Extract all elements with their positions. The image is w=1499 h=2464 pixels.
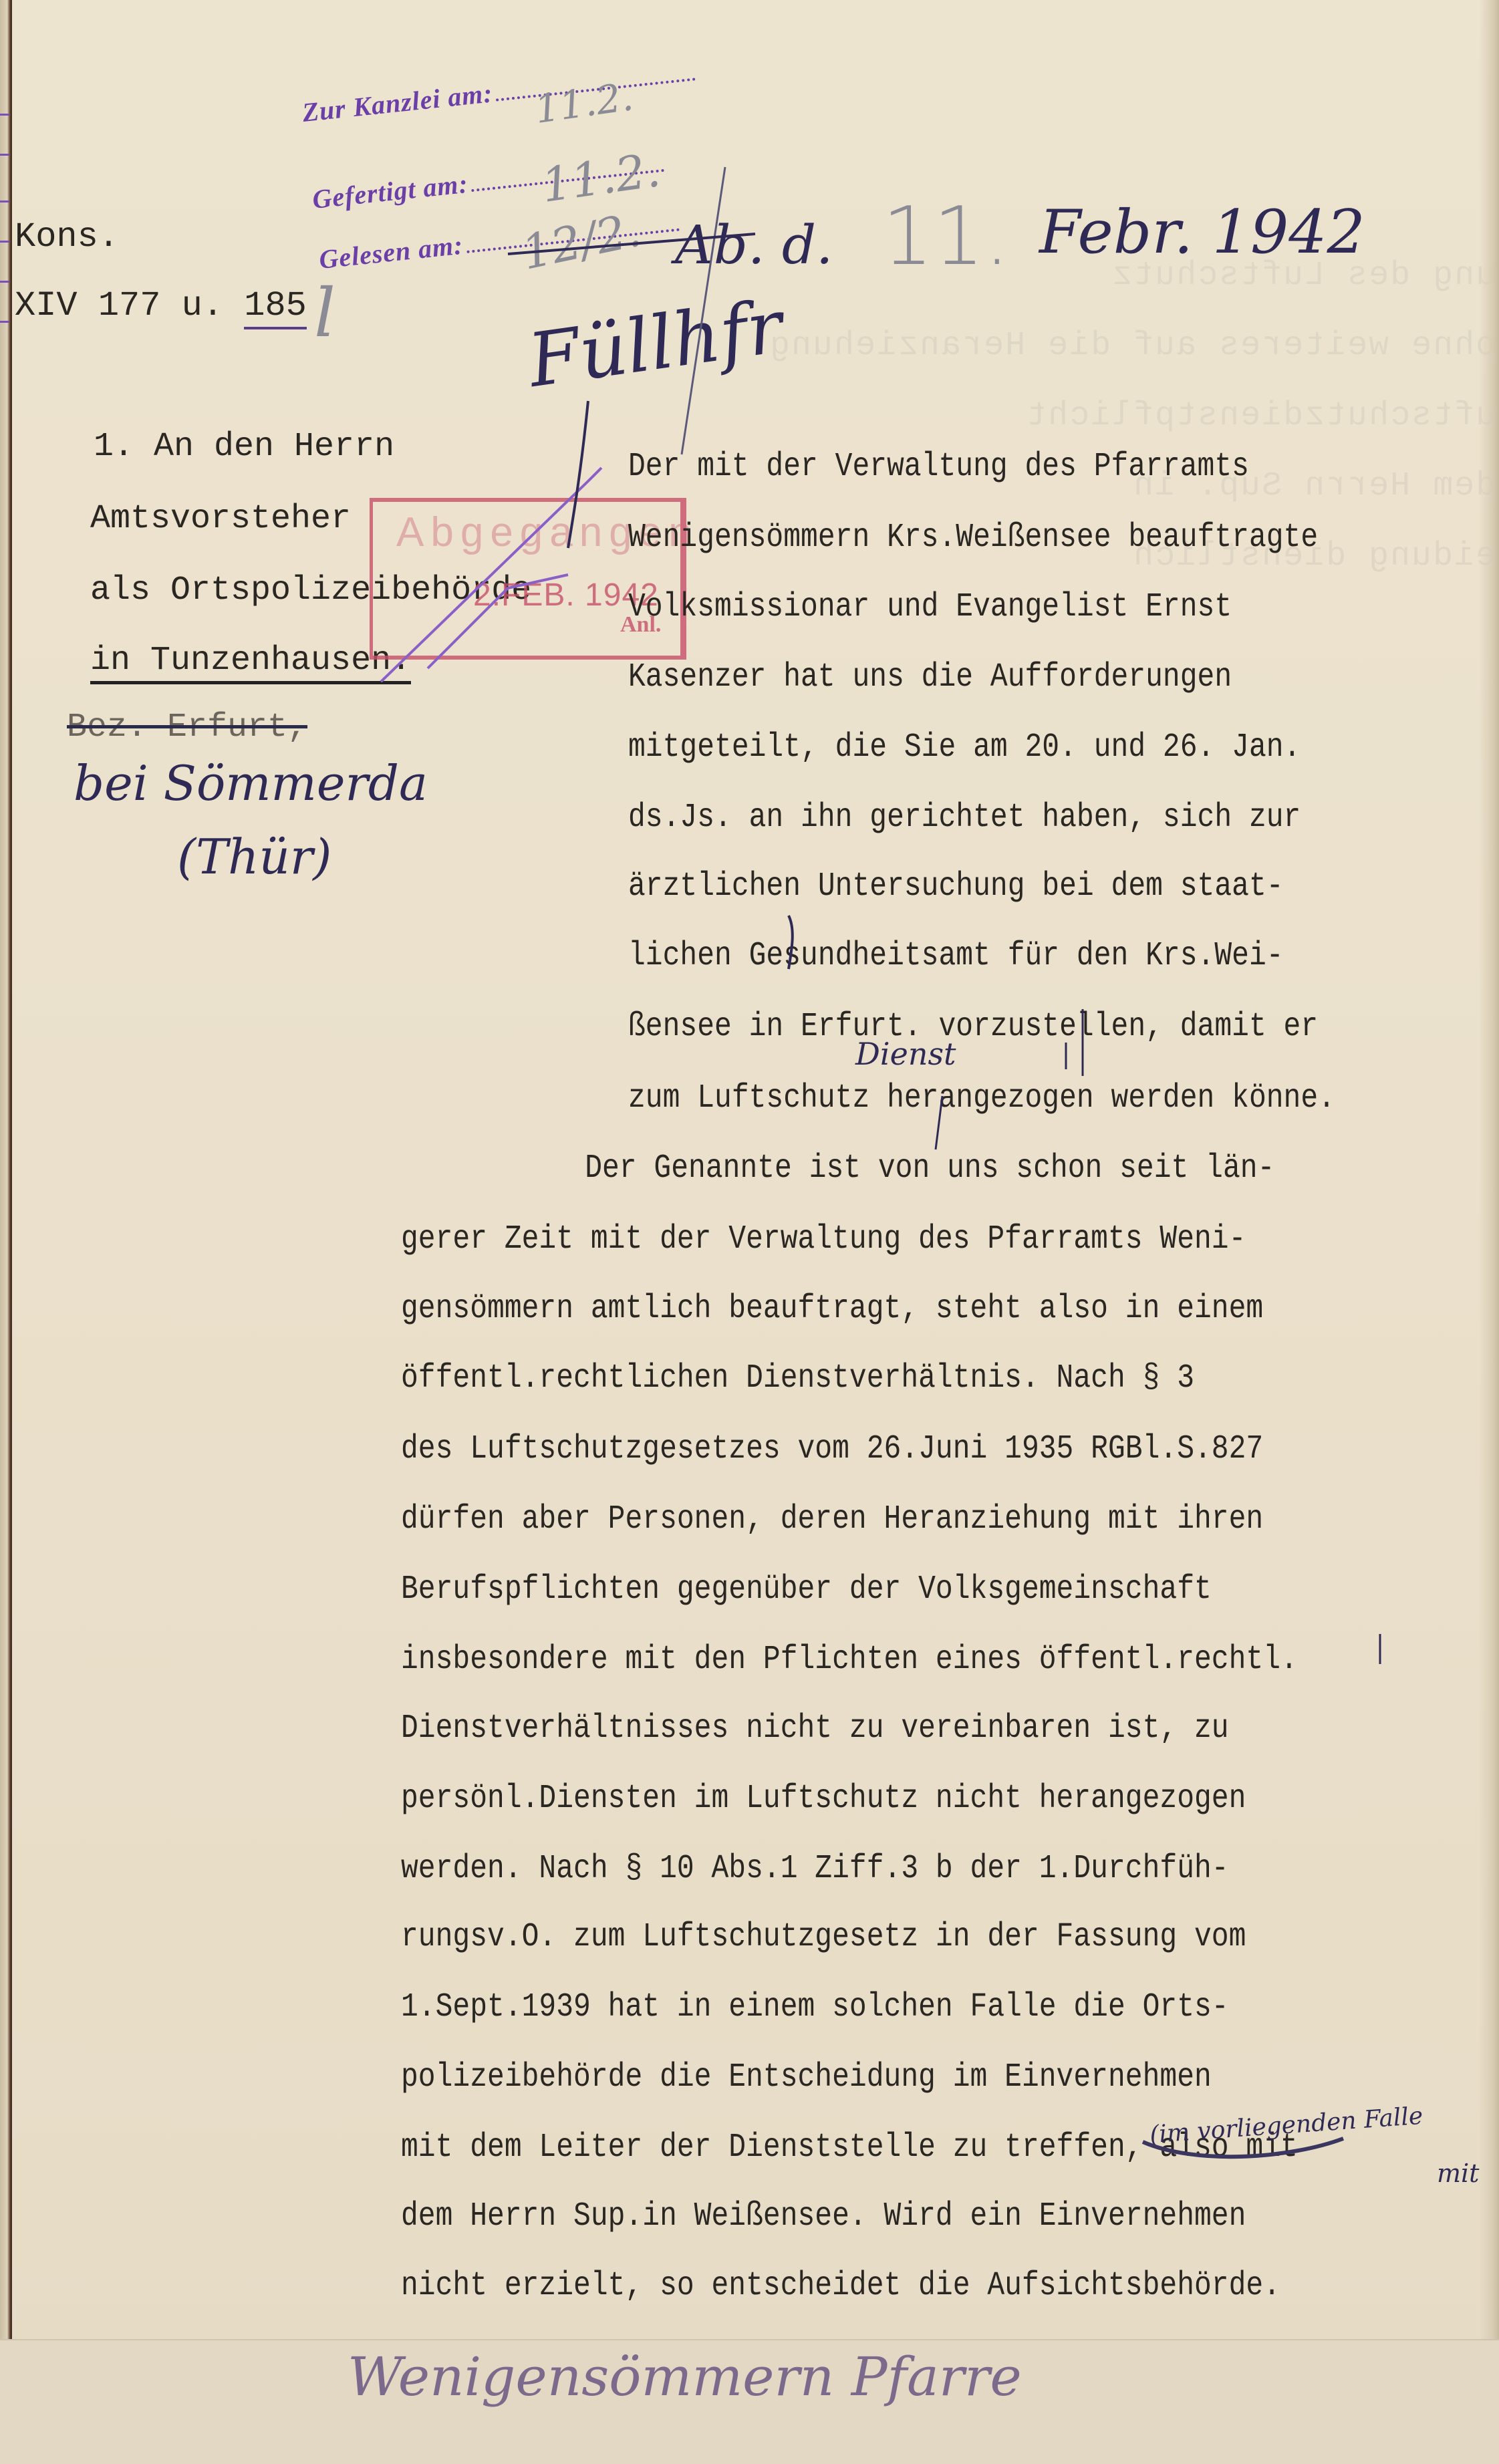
addressee-line-1: 1. An den Herrn bbox=[94, 428, 394, 466]
body-paragraph-2: Der Genannte ist von uns schon seit län-… bbox=[401, 1149, 470, 1873]
binding-edge bbox=[0, 0, 12, 2464]
body-line: des Luftschutzgesetzes vom 26.Juni 1935 … bbox=[401, 1430, 1263, 1468]
handwritten-thueringen: (Thür) bbox=[177, 829, 331, 885]
body-line: Kasenzer hat uns die Aufforderungen bbox=[628, 658, 1232, 696]
dateline-month-year: Febr. 1942 bbox=[1039, 197, 1365, 267]
body-line: rungsv.O. zum Luftschutzgesetz in der Fa… bbox=[401, 1918, 1246, 1956]
dateline-day: 11. bbox=[882, 190, 1010, 283]
document-page: Verfügung des Luftschutz steht ohne weit… bbox=[0, 0, 1499, 2464]
body-line: 1.Sept.1939 hat in einem solchen Falle d… bbox=[401, 1988, 1229, 2026]
body-line: ds.Js. an ihn gerichtet haben, sich zur bbox=[628, 799, 1301, 837]
binding-marks bbox=[0, 80, 11, 361]
dateline-prefix: Ab. d. bbox=[675, 214, 833, 276]
body-line: ßensee in Erfurt. vorzustellen, damit er bbox=[628, 1008, 1318, 1046]
body-line: zum Luftschutz herangezogen werden könne… bbox=[628, 1079, 1335, 1117]
body-line: Dienstverhältnisses nicht zu vereinbaren… bbox=[401, 1709, 1229, 1748]
handwritten-bei-soemmerda: bei Sömmerda bbox=[74, 755, 428, 811]
footer-handwriting: Wenigensömmern Pfarre bbox=[348, 2346, 1022, 2408]
stamp-zur-kanzlei: Zur Kanzlei am: bbox=[301, 56, 696, 128]
handwritten-initials: Füllhfr bbox=[523, 283, 788, 404]
body-line: gerer Zeit mit der Verwaltung des Pfarra… bbox=[401, 1220, 1246, 1258]
body-line: Berufspflichten gegenüber der Volksgemei… bbox=[401, 1570, 1212, 1609]
body-line: mitgeteilt, die Sie am 20. und 26. Jan. bbox=[628, 728, 1301, 767]
reference-number: XIV 177 u. 185 bbox=[15, 286, 307, 325]
pencil-mark: l bbox=[314, 274, 335, 352]
reference-kons: Kons. bbox=[15, 217, 119, 257]
body-line: Der mit der Verwaltung des Pfarramts bbox=[628, 448, 1249, 486]
pencil-gefertigt-date: 11.2. bbox=[538, 142, 664, 213]
body-line: dem Herrn Sup.in Weißensee. Wird ein Ein… bbox=[401, 2197, 1246, 2235]
insert-dienst: Dienst bbox=[855, 1036, 956, 1072]
body-line: lichen Gesundheitsamt für den Krs.Wei- bbox=[628, 937, 1284, 975]
body-line: dürfen aber Personen, deren Heranziehung… bbox=[401, 1500, 1263, 1538]
pencil-gelesen-date: 12/2. bbox=[517, 202, 646, 281]
page-right-edge bbox=[1479, 0, 1499, 2406]
body-paragraph-1: Der mit der Verwaltung des Pfarramts Wen… bbox=[628, 448, 697, 905]
addressee-struck-district: Bez. Erfurt, bbox=[67, 708, 307, 746]
body-line: Volksmissionar und Evangelist Ernst bbox=[628, 588, 1232, 626]
body-line: polizeibehörde die Entscheidung im Einve… bbox=[401, 2058, 1212, 2096]
body-line: werden. Nach § 10 Abs.1 Ziff.3 b der 1.D… bbox=[401, 1850, 1229, 1888]
body-line: öffentl.rechtlichen Dienstverhältnis. Na… bbox=[401, 1359, 1194, 1397]
body-line: gensömmern amtlich beauftragt, steht als… bbox=[401, 1290, 1263, 1328]
addressee-line-2: Amtsvorsteher bbox=[90, 500, 351, 538]
addressee-line-4: in Tunzenhausen. bbox=[90, 642, 411, 680]
body-line: Der Genannte ist von uns schon seit län- bbox=[585, 1149, 1274, 1188]
insert-mit: mit bbox=[1437, 2159, 1479, 2188]
body-line: persönl.Diensten im Luftschutz nicht her… bbox=[401, 1780, 1246, 1818]
body-line: nicht erzielt, so entscheidet die Aufsic… bbox=[401, 2267, 1280, 2305]
body-line: Wenigensömmern Krs.Weißensee beauftragte bbox=[628, 519, 1318, 557]
body-line: insbesondere mit den Pflichten eines öff… bbox=[401, 1641, 1298, 1679]
body-line: ärztlichen Untersuchung bei dem staat- bbox=[628, 867, 1284, 906]
